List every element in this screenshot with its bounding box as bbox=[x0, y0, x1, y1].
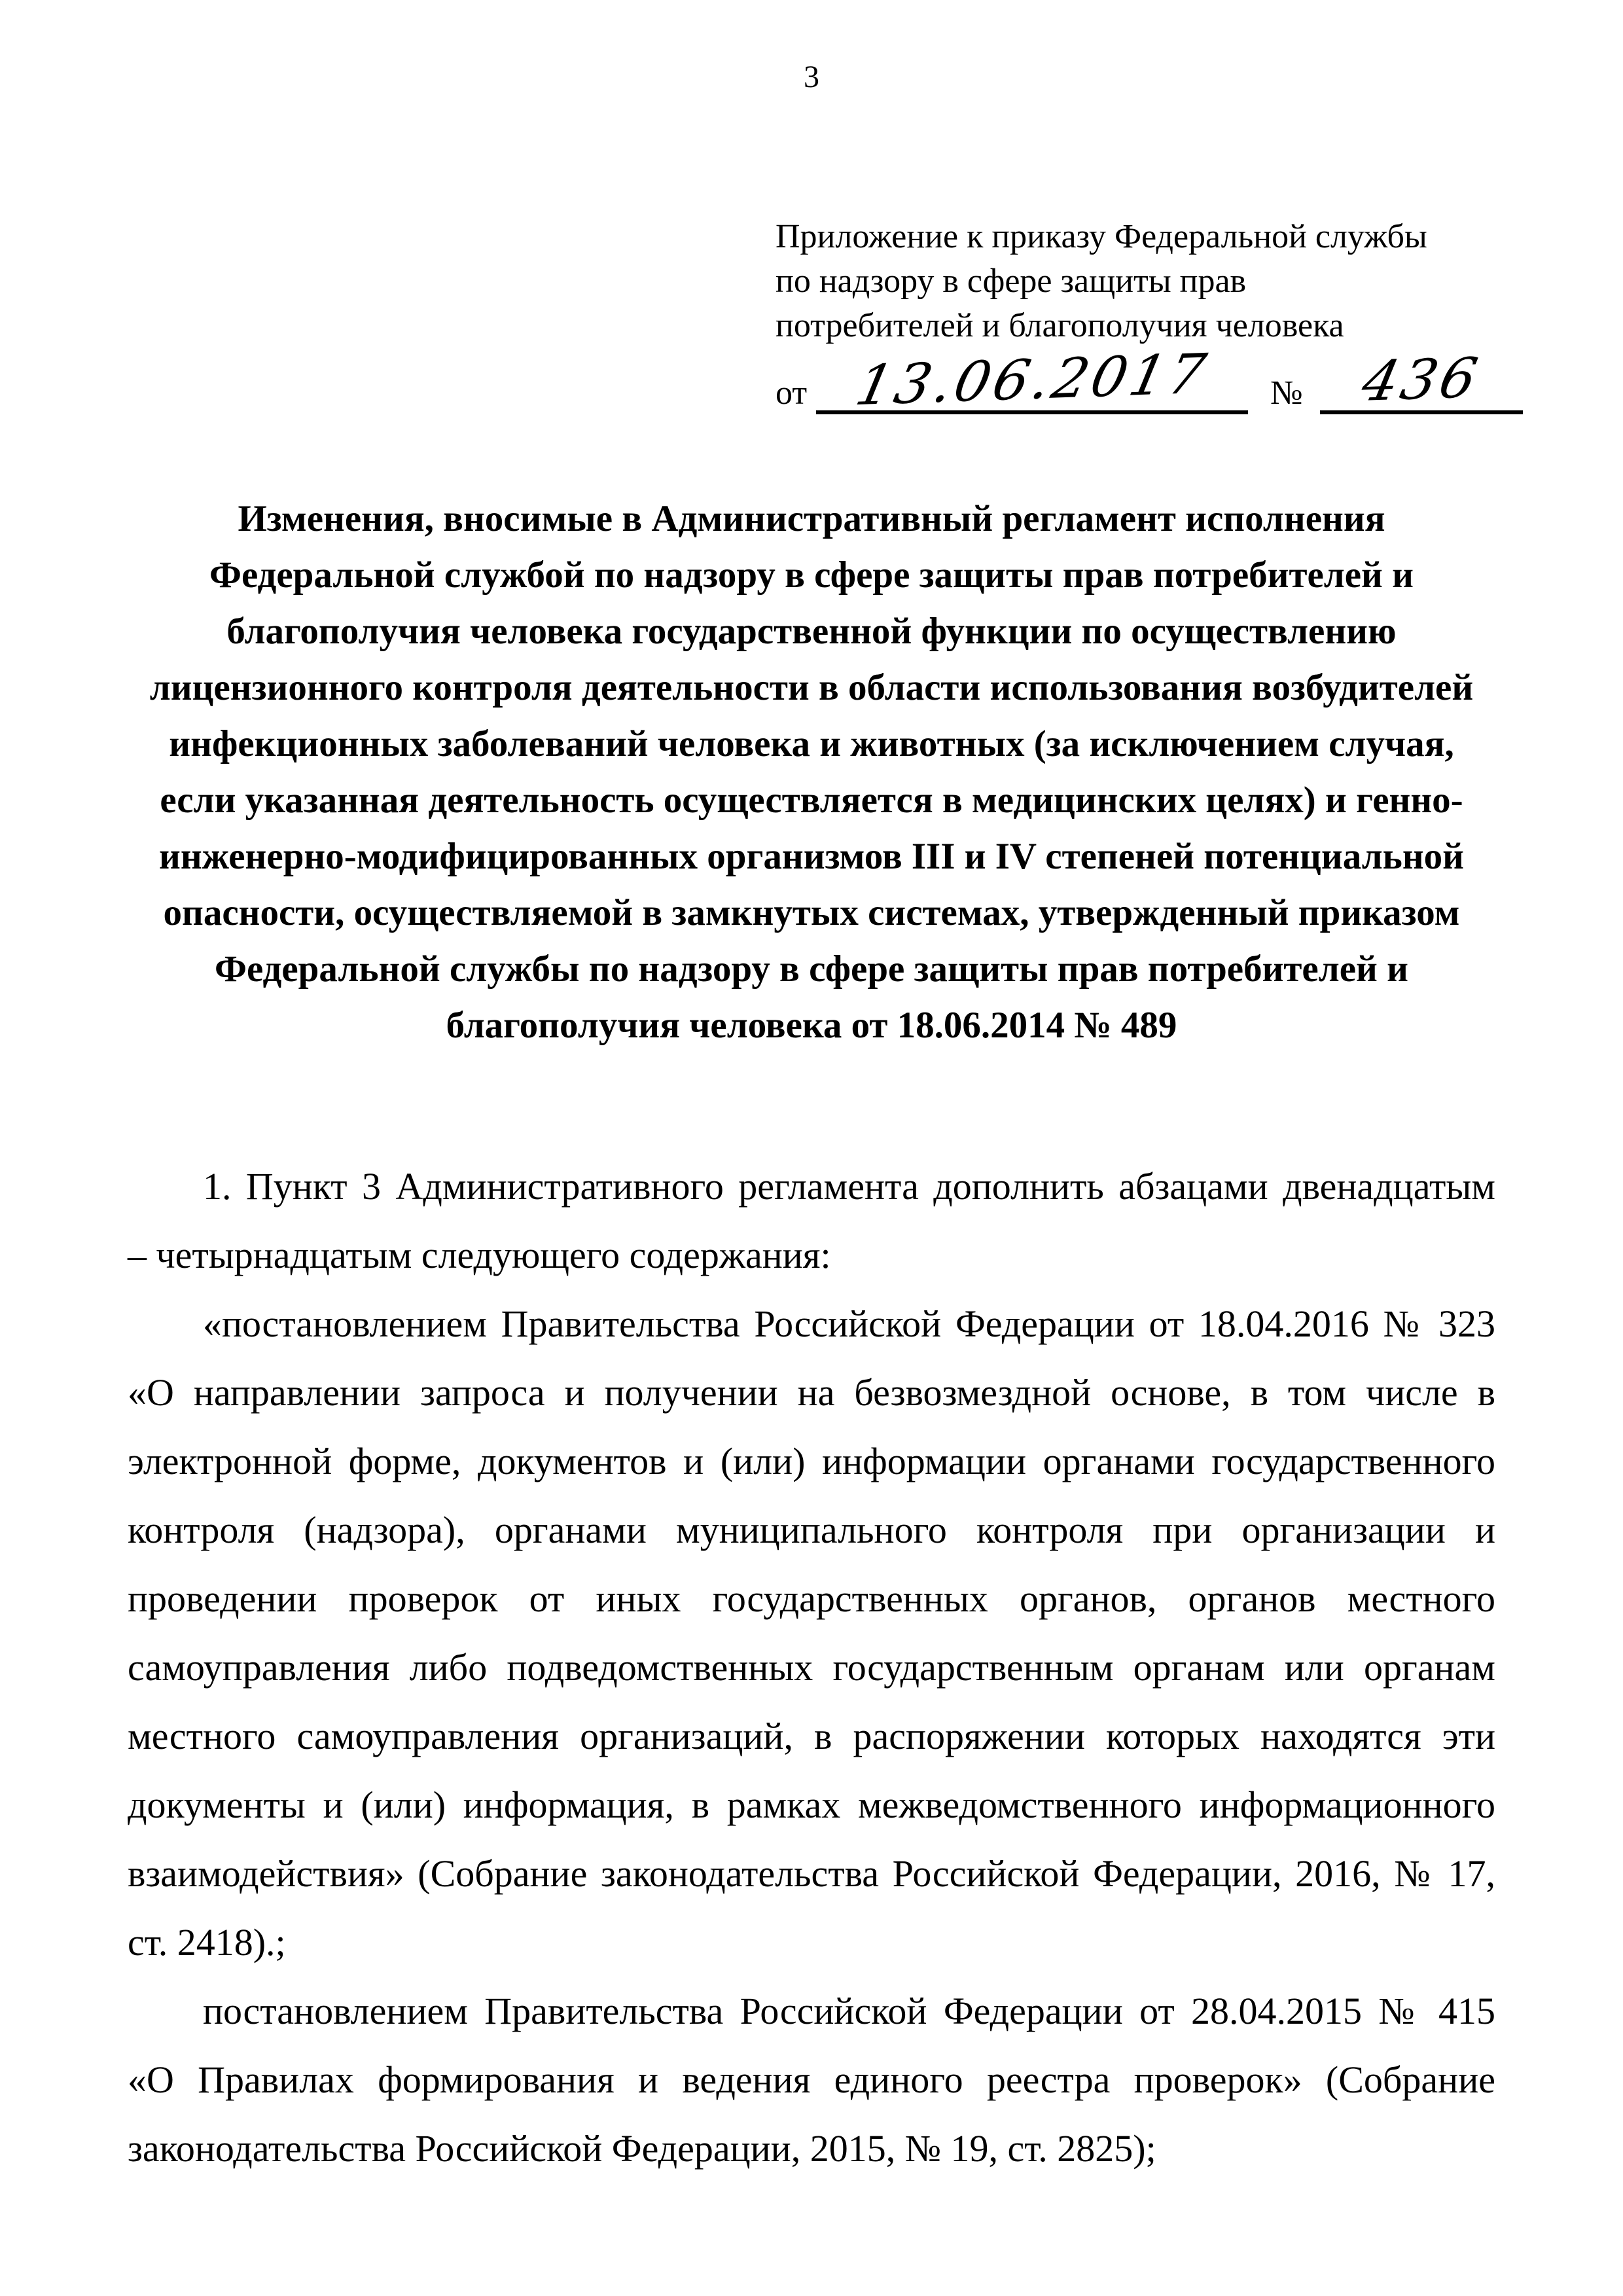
appendix-header-block: Приложение к приказу Федеральной службы … bbox=[776, 215, 1548, 414]
body-line: законодательства Российской Федерации, 2… bbox=[128, 2114, 1495, 2183]
body-line: местного самоуправления организаций, в р… bbox=[128, 1702, 1495, 1770]
title-line: благополучия человека государственной фу… bbox=[128, 603, 1495, 660]
appendix-header-line: Приложение к приказу Федеральной службы bbox=[776, 215, 1548, 259]
number-underline: 436 bbox=[1320, 352, 1523, 414]
date-from-label: от bbox=[776, 372, 807, 414]
title-line: лицензионного контроля деятельности в об… bbox=[128, 660, 1495, 716]
scanned-document-page: 3 Приложение к приказу Федеральной служб… bbox=[0, 0, 1623, 2296]
title-line: благополучия человека от 18.06.2014 № 48… bbox=[128, 997, 1495, 1054]
body-line: ст. 2418).; bbox=[128, 1908, 1495, 1977]
handwritten-date: 13.06.2017 bbox=[851, 346, 1213, 413]
body-line: взаимодействия» (Собрание законодательст… bbox=[128, 1839, 1495, 1908]
body-line: самоуправления либо подведомственных гос… bbox=[128, 1633, 1495, 1702]
document-title: Изменения, вносимые в Административный р… bbox=[128, 491, 1495, 1054]
body-line: – четырнадцатым следующего содержания: bbox=[128, 1221, 1495, 1289]
title-line: если указанная деятельность осуществляет… bbox=[128, 772, 1495, 829]
body-line: документы и (или) информация, в рамках м… bbox=[128, 1770, 1495, 1839]
body-line: «постановлением Правительства Российской… bbox=[128, 1289, 1495, 1358]
order-date-row: от 13.06.2017 № 436 bbox=[776, 352, 1548, 414]
body-line: проведении проверок от иных государствен… bbox=[128, 1564, 1495, 1633]
body-line: электронной форме, документов и (или) ин… bbox=[128, 1427, 1495, 1496]
date-underline: 13.06.2017 bbox=[816, 352, 1248, 414]
title-line: Изменения, вносимые в Административный р… bbox=[128, 491, 1495, 547]
body-line: «О направлении запроса и получении на бе… bbox=[128, 1358, 1495, 1427]
body-line: «О Правилах формирования и ведения едино… bbox=[128, 2045, 1495, 2114]
handwritten-number: 436 bbox=[1357, 350, 1485, 409]
body-line: постановлением Правительства Российской … bbox=[128, 1977, 1495, 2045]
title-line: инженерно-модифицированных организмов II… bbox=[128, 829, 1495, 885]
appendix-header-line: потребителей и благополучия человека bbox=[776, 304, 1548, 348]
appendix-header-line: по надзору в сфере защиты прав bbox=[776, 259, 1548, 304]
title-line: Федеральной службы по надзору в сфере за… bbox=[128, 941, 1495, 997]
title-line: Федеральной службой по надзору в сфере з… bbox=[128, 547, 1495, 603]
page-number: 3 bbox=[0, 59, 1623, 96]
number-sign: № bbox=[1270, 372, 1303, 414]
title-line: опасности, осуществляемой в замкнутых си… bbox=[128, 885, 1495, 941]
body-line: 1. Пункт 3 Административного регламента … bbox=[128, 1152, 1495, 1221]
body-line: контроля (надзора), органами муниципальн… bbox=[128, 1496, 1495, 1564]
document-body: 1. Пункт 3 Административного регламента … bbox=[128, 1152, 1495, 2183]
title-line: инфекционных заболеваний человека и живо… bbox=[128, 716, 1495, 772]
